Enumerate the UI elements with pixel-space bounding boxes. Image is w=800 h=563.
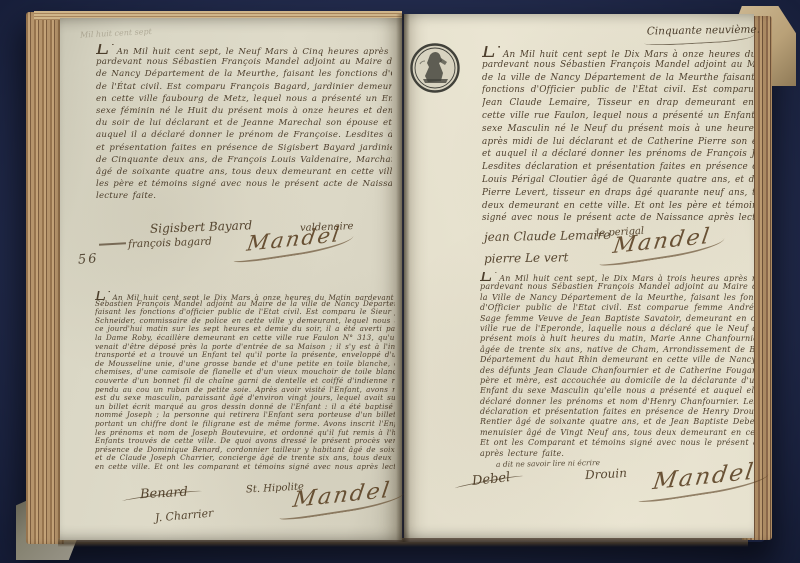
manuscript-line: Louis Périgal Cloutier âgé de Quarante q… [482,174,754,187]
birth-record-henry-chanfournier: L'An Mil huit cent sept, le Dix Mars à t… [480,272,754,459]
manuscript-line: déclaré donner les prénoms et nom d'Henr… [480,397,754,407]
manuscript-line: âgée de trente six ans, native de Cham, … [480,345,754,355]
signature-witness-levert: pierre Le vert [484,250,569,265]
manuscript-line: et de Claude Joseph Charrier, concierge … [95,454,395,463]
manuscript-line: nommé Joseph ; la personne qui retirera … [95,411,395,420]
signature-witness-drouin: Drouin [585,466,628,482]
signature-father-lemaire: jean Claude Lemaire [484,228,611,244]
manuscript-line: après lecture faite. [480,449,754,459]
manuscript-line: la Dame Roby, écaillère demeurant en cet… [95,334,395,343]
manuscript-line: d'Officier public de l'État civil. Est c… [480,303,754,313]
manuscript-line: en cette ville. Et ont les comparant et … [95,463,395,472]
manuscript-line: lecture faite. [96,190,392,202]
manuscript-line: Enfants trouvés de cette ville. De quoi … [95,437,395,446]
birth-record-francois-joseph-lemaire: L'An Mil huit cent sept le Dix Mars à on… [482,46,754,225]
manuscript-line: Rentier âgé de soixante quatre ans, et d… [480,417,754,427]
manuscript-line: Département du haut Rhin demeurant en ce… [480,355,754,365]
manuscript-line: et présentation faites en présence de Si… [96,142,392,154]
manuscript-line: ce jourd'hui matin sur les sept heures e… [95,325,395,334]
manuscript-line: les père et témoins signé avec nous le p… [96,178,392,190]
manuscript-line: L'An Mil huit cent sept le Dix Mars à on… [95,291,395,300]
foundling-record-joseph: L'An Mil huit cent sept le Dix Mars à on… [95,291,395,471]
manuscript-line: venait d'être déposé près la porte d'ent… [95,343,395,352]
manuscript-line: Schneider, commissaire de police en cett… [95,317,395,326]
page-fore-edge-left [26,12,64,544]
register-photo-scene: Mil huit cent sept L'An Mil huit cent se… [0,0,800,563]
manuscript-line: ville rue de l'Éperonde, laquelle nous a… [480,324,754,334]
manuscript-line: faisant les fonctions d'officier public … [95,308,395,317]
manuscript-line: de Nancy Département de la Meurthe, fais… [96,68,392,80]
manuscript-line: père et mère, est accouchée au domicile … [480,376,754,386]
birth-record-francoise-bagard: L'An Mil huit cent sept, le Neuf Mars à … [96,44,392,202]
manuscript-line: chemises, d'une camisole de flanelle et … [95,368,395,377]
manuscript-line: et auquel il a déclaré donner les prénom… [482,148,754,161]
manuscript-line: L'An Mil huit cent sept, le Dix Mars à t… [480,272,754,282]
manuscript-line: Sage femme Veuve de Jean Baptiste Savato… [480,314,754,324]
manuscript-line: transporté et a trouvé un Enfant tel qu'… [95,351,395,360]
manuscript-line: Lesdites déclaration et présentation fai… [482,161,754,174]
manuscript-line: pardevant nous Sébastien François Mandel… [96,56,392,68]
manuscript-line: les prénoms et nom de Joseph Boutevuire,… [95,429,395,438]
manuscript-line: menuisier âgé de Vingt Neuf ans, tous de… [480,428,754,438]
manuscript-line: la Ville de Nancy Département de la Meur… [480,293,754,303]
manuscript-line: déclaration et présentation faites en pr… [480,407,754,417]
manuscript-line: un billet écrit marqué au gros dessin do… [95,403,395,412]
manuscript-line: auquel il a déclaré donner le prénom de … [96,129,392,141]
manuscript-line: Sébastien François Mandel adjoint au Mai… [95,300,395,309]
manuscript-line: des défunts Jean Claude Chanfournier et … [480,366,754,376]
manuscript-line: sexe féminin né le Huit du présent mois … [96,105,392,117]
manuscript-line: de Cinquante deux ans, de François Louis… [96,154,392,166]
manuscript-line: présent mois à huit heures du matin, Mar… [480,334,754,344]
manuscript-line: présence de Dominique Benard, cordonnier… [95,446,395,455]
manuscript-line: couverte d'un bonnet fil de chaîne garni… [95,377,395,386]
manuscript-line: en cette ville faubourg de Metz, lequel … [96,93,392,105]
manuscript-line: Enfant du sexe Masculin qu'elle nous a p… [480,386,754,396]
manuscript-line: de la ville de Nancy Département de la M… [482,72,754,85]
manuscript-line: pardevant nous Sébastien François Mandel… [482,59,754,72]
manuscript-line: de l'État civil. Est comparu François Ba… [96,81,392,93]
manuscript-line: L'An Mil huit cent sept, le Neuf Mars à … [96,44,392,56]
manuscript-line: signé avec nous le présent acte de Naiss… [482,212,754,225]
folio-number-header: Cinquante neuvième. [596,24,760,39]
revenue-stamp-icon [408,40,462,96]
manuscript-line: fonctions d'Officier public de l'État ci… [482,84,754,97]
manuscript-line: de Mousseline unie, d'une grosse bande e… [95,360,395,369]
manuscript-line: cette ville rue Faulon, lequel nous a pr… [482,110,754,123]
signature-witness-benard: Benard [140,485,189,502]
manuscript-line: âgé de soixante quatre ans, tous deux de… [96,166,392,178]
manuscript-line: sexe Masculin né le Neuf du présent mois… [482,123,754,136]
manuscript-line: L'An Mil huit cent sept le Dix Mars à on… [482,46,754,59]
manuscript-line: Et ont les Comparant et témoins signé av… [480,438,754,448]
manuscript-line: portant un chiffre dont le filigrane est… [95,420,395,429]
margin-act-number: 56 [78,251,100,267]
manuscript-line: après midi de lui déclarant et de Cather… [482,136,754,149]
manuscript-line: du soir de lui déclarant et de Jeanne Ma… [96,117,392,129]
manuscript-line: est du sexe masculin, paraissant âgé d'e… [95,394,395,403]
manuscript-line: Jean Claude Lemaire, Tisseur en drap dem… [482,97,754,110]
manuscript-line: pardevant nous Sébastien François Mandel… [480,282,754,292]
manuscript-line: deux demeurant en cette ville. Et ont le… [482,200,754,213]
manuscript-line: Pierre Levert, tisseur en draps âgé quar… [482,187,754,200]
manuscript-line: pendu au cou un ruban de petite soie. Ap… [95,386,395,395]
